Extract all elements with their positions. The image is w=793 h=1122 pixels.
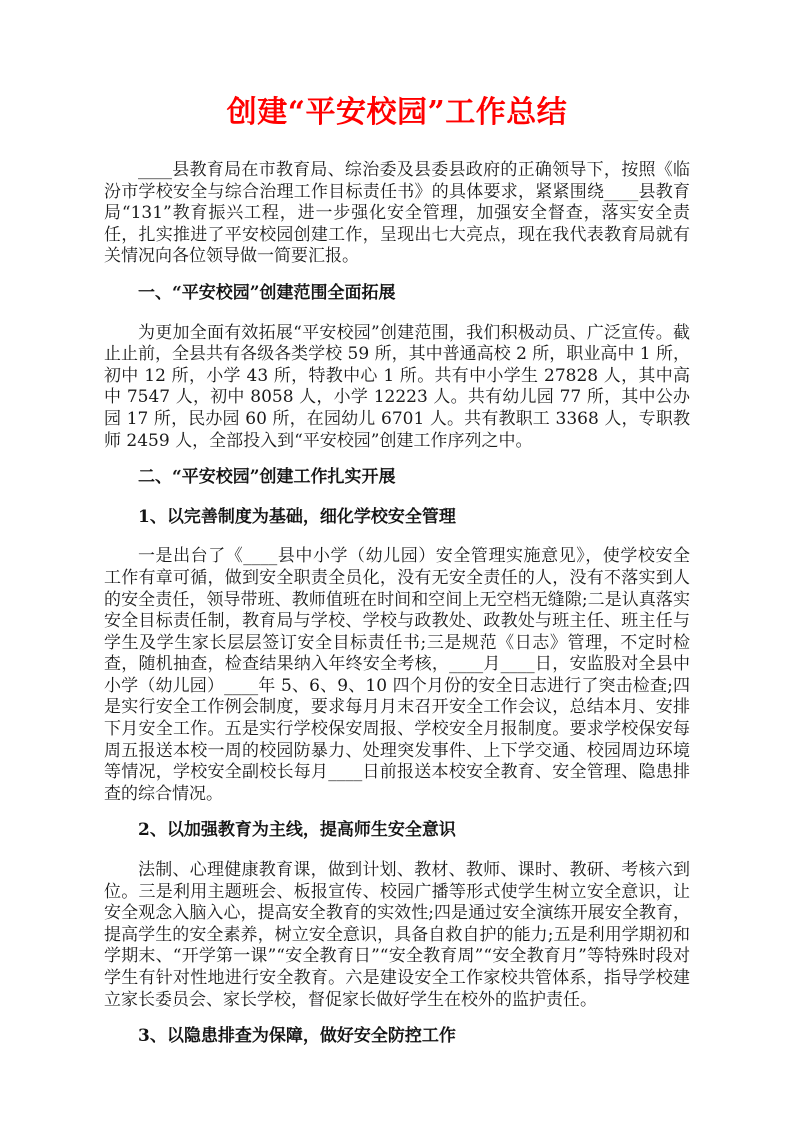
paragraph-school-statistics: 为更加全面有效拓展“平安校园”创建范围，我们积极动员、广泛宣传。截止止前，全县共… xyxy=(104,323,690,453)
section-heading-2: 二、“平安校园”创建工作扎实开展 xyxy=(104,467,690,489)
subsection-heading-3: 3、以隐患排查为保障，做好安全防控工作 xyxy=(104,1026,690,1048)
subsection-heading-2: 2、以加强教育为主线，提高师生安全意识 xyxy=(104,820,690,842)
section-heading-1: 一、“平安校园”创建范围全面拓展 xyxy=(104,283,690,305)
document-title: 创建“平安校园”工作总结 xyxy=(104,92,690,134)
paragraph-intro: ____县教育局在市教育局、综治委及县委县政府的正确领导下，按照《临汾市学校安全… xyxy=(104,160,690,268)
subsection-heading-1: 1、以完善制度为基础，细化学校安全管理 xyxy=(104,507,690,529)
document-page: 创建“平安校园”工作总结 ____县教育局在市教育局、综治委及县委县政府的正确领… xyxy=(0,0,793,1122)
paragraph-safety-education: 法制、心理健康教育课，做到计划、教材、教师、课时、教研、考核六到位。三是利用主题… xyxy=(104,860,690,1011)
paragraph-safety-management: 一是出台了《____县中小学（幼儿园）安全管理实施意见》，使学校安全工作有章可循… xyxy=(104,546,690,805)
